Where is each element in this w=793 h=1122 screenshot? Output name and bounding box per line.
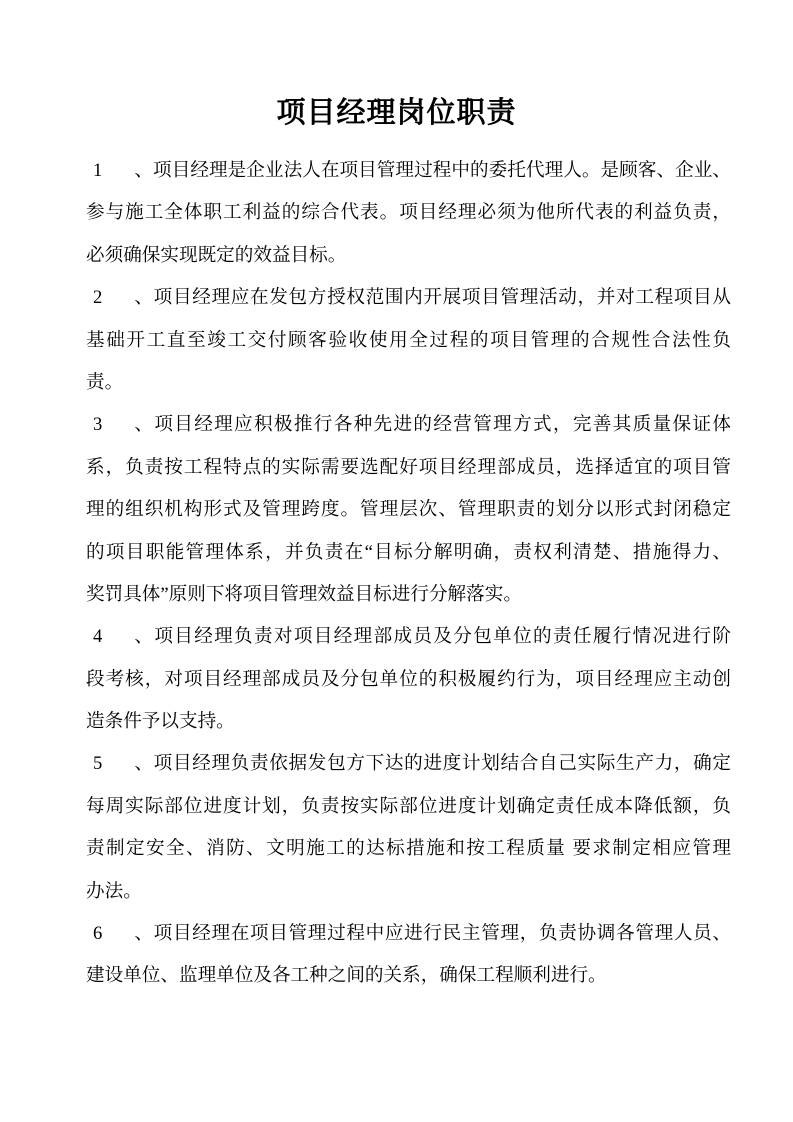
paragraph-line: 5、项目经理负责依据发包方下达的进度计划结合自己实际生产力，确定 [86,743,731,785]
paragraph-first-line-text: 项目经理应在发包方授权范围内开展项目管理活动，并对工程项目从 [153,287,731,308]
document-body: 1、项目经理是企业法人在项目管理过程中的委托代理人。是顾客、企业、参与施工全体职… [86,150,731,998]
paragraph: 6、项目经理在项目管理过程中应进行民主管理，负责协调各管理人员、建设单位、监理单… [86,913,731,998]
paragraph-number: 5、 [93,743,153,785]
paragraph-first-line-text: 项目经理应积极推行各种先进的经营管理方式，完善其质量保证体 [153,414,731,435]
paragraph-line: 3、项目经理应积极推行各种先进的经营管理方式，完善其质量保证体 [86,404,731,446]
paragraph-number: 4、 [93,616,153,658]
paragraph: 5、项目经理负责依据发包方下达的进度计划结合自己实际生产力，确定每周实际部位进度… [86,743,731,913]
paragraph-first-line-text: 项目经理是企业法人在项目管理过程中的委托代理人。是顾客、企业、 [153,160,731,181]
paragraph-line: 的项目职能管理体系，并负责在“目标分解明确，责权利清楚、措施得力、 [86,532,731,574]
paragraph: 4、项目经理负责对项目经理部成员及分包单位的责任履行情况进行阶段考核，对项目经理… [86,616,731,743]
paragraph-line: 必须确保实现既定的效益目标。 [86,235,731,277]
paragraph-line: 责。 [86,362,731,404]
paragraph-line: 2、项目经理应在发包方授权范围内开展项目管理活动，并对工程项目从 [86,277,731,319]
paragraph-line: 1、项目经理是企业法人在项目管理过程中的委托代理人。是顾客、企业、 [86,150,731,192]
paragraph-line: 6、项目经理在项目管理过程中应进行民主管理，负责协调各管理人员、 [86,913,731,955]
paragraph-number: 2、 [93,277,153,319]
paragraph: 3、项目经理应积极推行各种先进的经营管理方式，完善其质量保证体系，负责按工程特点… [86,404,731,616]
paragraph-line: 奖罚具体”原则下将项目管理效益目标进行分解落实。 [86,574,731,616]
paragraph-line: 系，负责按工程特点的实际需要选配好项目经理部成员，选择适宜的项目管 [86,447,731,489]
paragraph-line: 造条件予以支持。 [86,701,731,743]
paragraph-line: 每周实际部位进度计划，负责按实际部位进度计划确定责任成本降低额，负 [86,786,731,828]
paragraph-number: 3、 [93,404,153,446]
paragraph-line: 建设单位、监理单位及各工种之间的关系，确保工程顺利进行。 [86,955,731,997]
paragraph-line: 办法。 [86,871,731,913]
document-page: 项目经理岗位职责 1、项目经理是企业法人在项目管理过程中的委托代理人。是顾客、企… [0,0,793,1122]
paragraph-line: 责制定安全、消防、文明施工的达标措施和按工程质量 要求制定相应管理 [86,828,731,870]
paragraph-line: 理的组织机构形式及管理跨度。管理层次、管理职责的划分以形式封闭稳定 [86,489,731,531]
document-title: 项目经理岗位职责 [0,94,793,132]
paragraph-line: 4、项目经理负责对项目经理部成员及分包单位的责任履行情况进行阶 [86,616,731,658]
paragraph-number: 1、 [93,150,153,192]
paragraph-number: 6、 [93,913,153,955]
paragraph-line: 参与施工全体职工利益的综合代表。项目经理必须为他所代表的利益负责， [86,192,731,234]
paragraph: 1、项目经理是企业法人在项目管理过程中的委托代理人。是顾客、企业、参与施工全体职… [86,150,731,277]
paragraph-first-line-text: 项目经理负责依据发包方下达的进度计划结合自己实际生产力，确定 [153,753,731,774]
paragraph-line: 段考核，对项目经理部成员及分包单位的积极履约行为，项目经理应主动创 [86,659,731,701]
paragraph-first-line-text: 项目经理负责对项目经理部成员及分包单位的责任履行情况进行阶 [153,626,731,647]
paragraph-first-line-text: 项目经理在项目管理过程中应进行民主管理，负责协调各管理人员、 [153,923,731,944]
paragraph: 2、项目经理应在发包方授权范围内开展项目管理活动，并对工程项目从基础开工直至竣工… [86,277,731,404]
paragraph-line: 基础开工直至竣工交付顾客验收使用全过程的项目管理的合规性合法性负 [86,320,731,362]
